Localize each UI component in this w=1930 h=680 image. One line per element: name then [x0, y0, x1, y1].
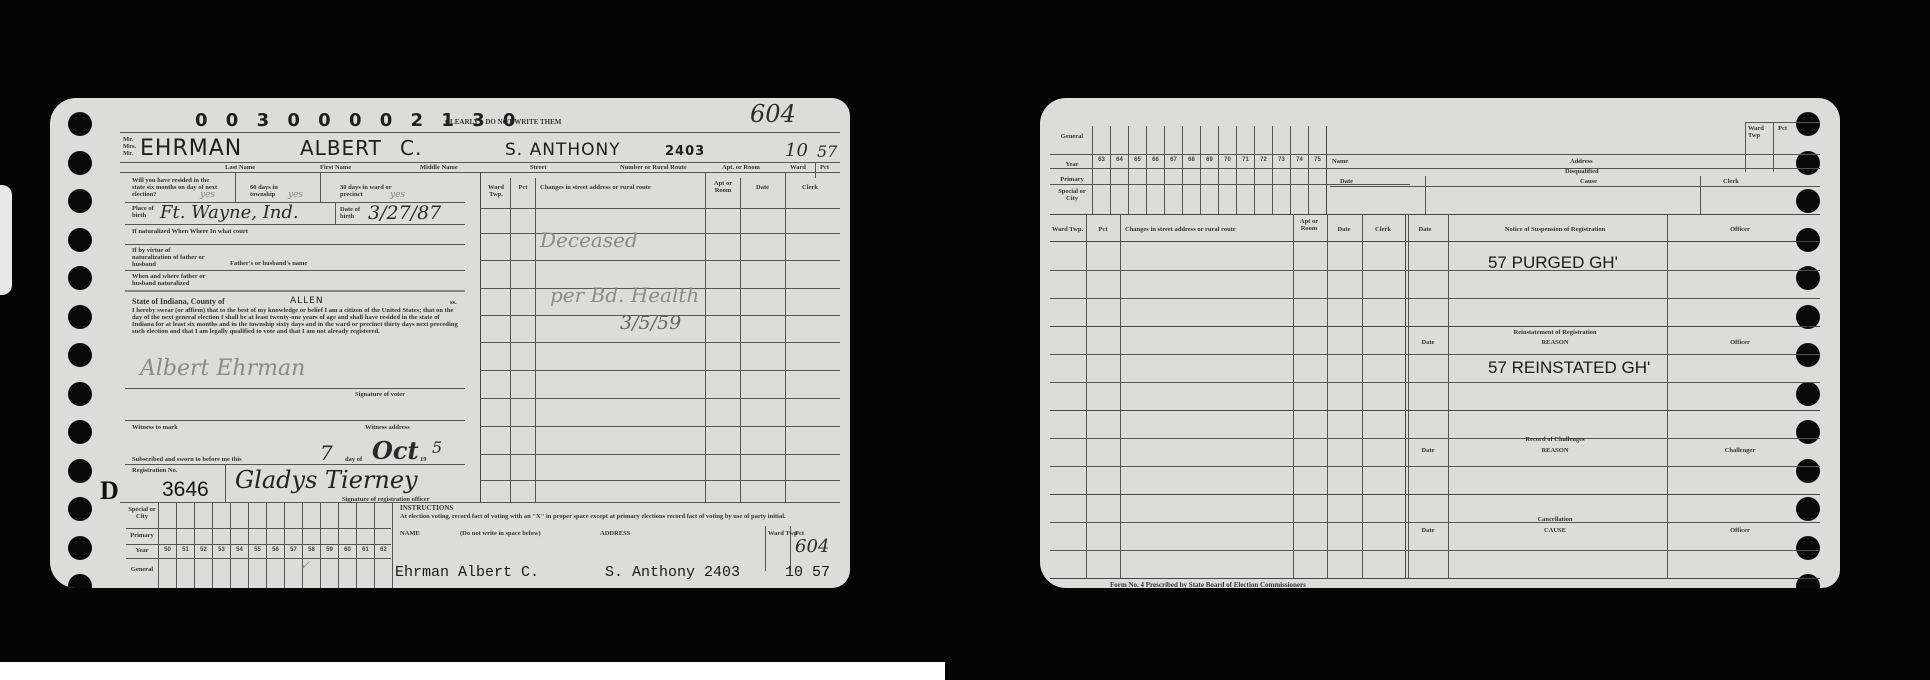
label-number: Number or Rural Route: [620, 164, 687, 171]
typed-name: Ehrman Albert C.: [395, 564, 539, 581]
cancellation-col-cause: CAUSE: [1450, 527, 1660, 534]
back-grid-year-65: 65: [1128, 126, 1146, 214]
back-grid-year-73: 73: [1272, 126, 1290, 214]
label-when-where: When and where father or husband natural…: [132, 273, 212, 287]
label-last-name: Last Name: [225, 164, 255, 171]
back-changes-col-pct: Pct: [1088, 226, 1118, 233]
grid-year-55: 55: [248, 502, 266, 588]
oath-text: I hereby swear (or affirm) that to the b…: [132, 307, 462, 335]
back-grid-year-74: 74: [1290, 126, 1308, 214]
place-of-birth-value: Ft. Wayne, Ind.: [160, 202, 299, 223]
label-signature-voter: Signature of voter: [355, 391, 405, 398]
street: S. ANTHONY: [505, 140, 621, 160]
back-grid-year-66: 66: [1146, 126, 1164, 214]
reinstatement-entry: 57 REINSTATED GH': [1488, 358, 1650, 378]
grid-year-50: 50: [158, 502, 176, 588]
changes-col-date: Date: [740, 184, 785, 191]
cancellation-col-date: Date: [1408, 527, 1448, 534]
precinct-value: 57: [817, 142, 837, 161]
back-grid-year-75: 75: [1308, 126, 1327, 214]
label-first-name: First Name: [320, 164, 351, 171]
changes-col-clerk: Clerk: [785, 184, 835, 191]
label-apt: Apt. or Room: [722, 164, 760, 171]
cancellation-col-officer: Officer: [1670, 527, 1810, 534]
reinstatement-title: Reinstatement of Registration: [1450, 329, 1660, 336]
back-grid-year-69: 69: [1200, 126, 1218, 214]
grid-year-52: 52: [194, 502, 212, 588]
registration-number: 3646: [162, 478, 209, 502]
back-label-clerk: Clerk: [1723, 178, 1739, 185]
changes-entry-board: per Bd. Health: [550, 283, 699, 307]
days-township-mark: yes: [288, 190, 303, 200]
back-label-date: Date: [1340, 178, 1353, 185]
label-middle-name: Middle Name: [420, 164, 458, 171]
label-subscribed: Subscribed and sworn to before me this: [132, 456, 242, 463]
first-name: ALBERT: [300, 136, 382, 160]
back-grid-year-67: 67: [1164, 126, 1182, 214]
middle-name: C.: [400, 136, 422, 160]
label-street: Street: [530, 164, 546, 171]
prefix-labels: Mr. Mrs. Mr.: [123, 136, 135, 157]
suspension-col-date: Date: [1405, 226, 1445, 233]
back-grid-year-64: 64: [1110, 126, 1128, 214]
reinstatement-col-officer: Officer: [1670, 339, 1810, 346]
grid-year-56: 56: [266, 502, 284, 588]
footer-pct-value: 604: [795, 536, 829, 557]
label-address: ADDRESS: [600, 530, 630, 537]
grid-year-51: 51: [176, 502, 194, 588]
adjacent-card-edge: [0, 185, 12, 295]
grid-year-61: 61: [356, 502, 374, 588]
typed-address: S. Anthony 2403: [605, 564, 740, 581]
label-name: NAME: [400, 530, 420, 537]
white-scan-strip: [0, 662, 945, 680]
cancellation-title: Cancellation: [1450, 516, 1660, 523]
back-grid-year-71: 71: [1236, 126, 1254, 214]
reinstatement-col-date: Date: [1408, 339, 1448, 346]
officer-signature: Gladys Tierney: [235, 466, 418, 494]
front-voting-grid: 50 51 52 53 54 55 56 57 58 59 60 61 62: [158, 502, 393, 588]
typed-ward-pct: 10 57: [785, 564, 830, 581]
label-pct: Pct: [820, 164, 829, 171]
resided-state-mark: yes: [200, 190, 215, 200]
back-grid-year-70: 70: [1218, 126, 1236, 214]
label-state-county: State of Indiana, County of: [132, 297, 225, 306]
back-label-pct: Pct: [1778, 125, 1787, 132]
challenges-col-reason: REASON: [1450, 447, 1660, 454]
back-grid-label-general: General: [1052, 133, 1092, 140]
county-value: ALLEN: [290, 296, 324, 306]
label-father-husband: If by virtue of naturalization of father…: [132, 247, 207, 268]
days-ward-mark: yes: [390, 190, 405, 200]
label-no-write: (Do not write in space below): [460, 530, 541, 537]
changes-entry-deceased: Deceased: [540, 228, 638, 252]
label-registration-no: Registration No.: [132, 467, 178, 474]
label-naturalized: If naturalized When Where In what court: [132, 228, 392, 235]
grid-year-62: 62: [374, 502, 393, 588]
grid-year-57: 57: [284, 502, 302, 588]
punch-holes-right: [1796, 112, 1820, 588]
back-changes-col-address: Changes in street address or rural route: [1125, 226, 1290, 233]
label-witness-address: Witness address: [365, 424, 410, 431]
last-name: EHRMAN: [140, 136, 242, 161]
back-grid-year-63: 63: [1092, 126, 1110, 214]
suspension-col-notice: Notice of Suspension of Registration: [1450, 226, 1660, 233]
grid-year-60: 60: [338, 502, 356, 588]
grid-year-53: 53: [212, 502, 230, 588]
reinstatement-col-reason: REASON: [1450, 339, 1660, 346]
changes-col-address: Changes in street address or rural route: [540, 184, 700, 191]
punch-holes-left: [68, 112, 92, 588]
back-label-name: Name: [1332, 158, 1348, 165]
voter-signature: Albert Ehrman: [140, 356, 305, 381]
label-year-prefix: 19: [420, 456, 427, 463]
label-date-of-birth: Date of birth: [340, 206, 365, 220]
header-note: CLEARLY – DO NOT WRITE THEM: [445, 118, 561, 126]
back-grid-label-primary: Primary: [1052, 176, 1092, 183]
instructions-text: At election voting, record fact of votin…: [400, 513, 800, 520]
label-father-name: Father's or husband's name: [230, 260, 307, 267]
grid-label-year: Year: [126, 547, 158, 554]
back-grid-label-special: Special or City: [1052, 188, 1092, 202]
back-grid-label-year: Year: [1052, 161, 1092, 168]
sworn-year: 5: [432, 438, 442, 457]
back-label-cause: Cause: [1580, 178, 1597, 185]
date-of-birth-value: 3/27/87: [368, 202, 441, 224]
back-changes-col-date: Date: [1328, 226, 1360, 233]
changes-entry-date: 3/5/59: [620, 312, 681, 334]
ward-value: 10: [785, 140, 808, 161]
changes-col-apt: Apt or Room: [706, 180, 740, 194]
form-footer: Form No. 4 Prescribed by State Board of …: [1110, 582, 1306, 588]
general-vote-mark: ✓: [300, 558, 310, 572]
grid-year-59: 59: [320, 502, 338, 588]
challenges-title: Record of Challenges: [1450, 436, 1660, 443]
label-day-of: day of: [345, 456, 362, 463]
back-label-disqualified: Disqualified: [1565, 168, 1599, 175]
instructions-title: INSTRUCTIONS: [400, 504, 453, 512]
label-ward: Ward: [790, 164, 806, 171]
changes-col-ward: Ward Twp.: [482, 184, 510, 198]
challenges-col-date: Date: [1408, 447, 1448, 454]
precinct-top: 604: [750, 100, 796, 128]
grid-year-54: 54: [230, 502, 248, 588]
label-witness-mark: Witness to mark: [132, 424, 178, 431]
label-ss: ss.: [450, 299, 457, 306]
changes-col-pct: Pct: [511, 184, 535, 191]
label-ward-twp: Ward Twp: [768, 530, 798, 537]
challenges-col-challenger: Challenger: [1670, 447, 1810, 454]
registration-card-back: General Year Primary Special or City 63 …: [1040, 98, 1840, 588]
grid-year-58: 58: [302, 502, 320, 588]
back-changes-col-ward: Ward Twp.: [1050, 226, 1085, 233]
sworn-day: 7: [320, 441, 333, 465]
label-place-of-birth: Place of birth: [132, 205, 162, 219]
grid-label-general: General: [126, 566, 158, 573]
grid-label-special: Special or City: [126, 506, 158, 520]
suspension-col-officer: Officer: [1670, 226, 1810, 233]
back-changes-col-clerk: Clerk: [1363, 226, 1403, 233]
grid-label-primary: Primary: [126, 532, 158, 539]
back-label-ward-twp: Ward Twp: [1748, 125, 1770, 139]
back-grid-year-68: 68: [1182, 126, 1200, 214]
suspension-entry: 57 PURGED GH': [1488, 253, 1618, 273]
registration-card-front: 0 0 3 0 0 0 0 2 1 3 0 CLEARLY – DO NOT W…: [50, 98, 850, 588]
house-number: 2403: [665, 144, 705, 159]
back-label-address: Address: [1570, 158, 1593, 165]
back-voting-grid: 63 64 65 66 67 68 69 70 71 72 73 74 75: [1092, 126, 1327, 214]
back-grid-year-72: 72: [1254, 126, 1272, 214]
sworn-month: Oct: [372, 436, 419, 465]
registration-letter: D: [100, 476, 119, 506]
back-changes-col-apt: Apt or Room: [1293, 218, 1325, 232]
